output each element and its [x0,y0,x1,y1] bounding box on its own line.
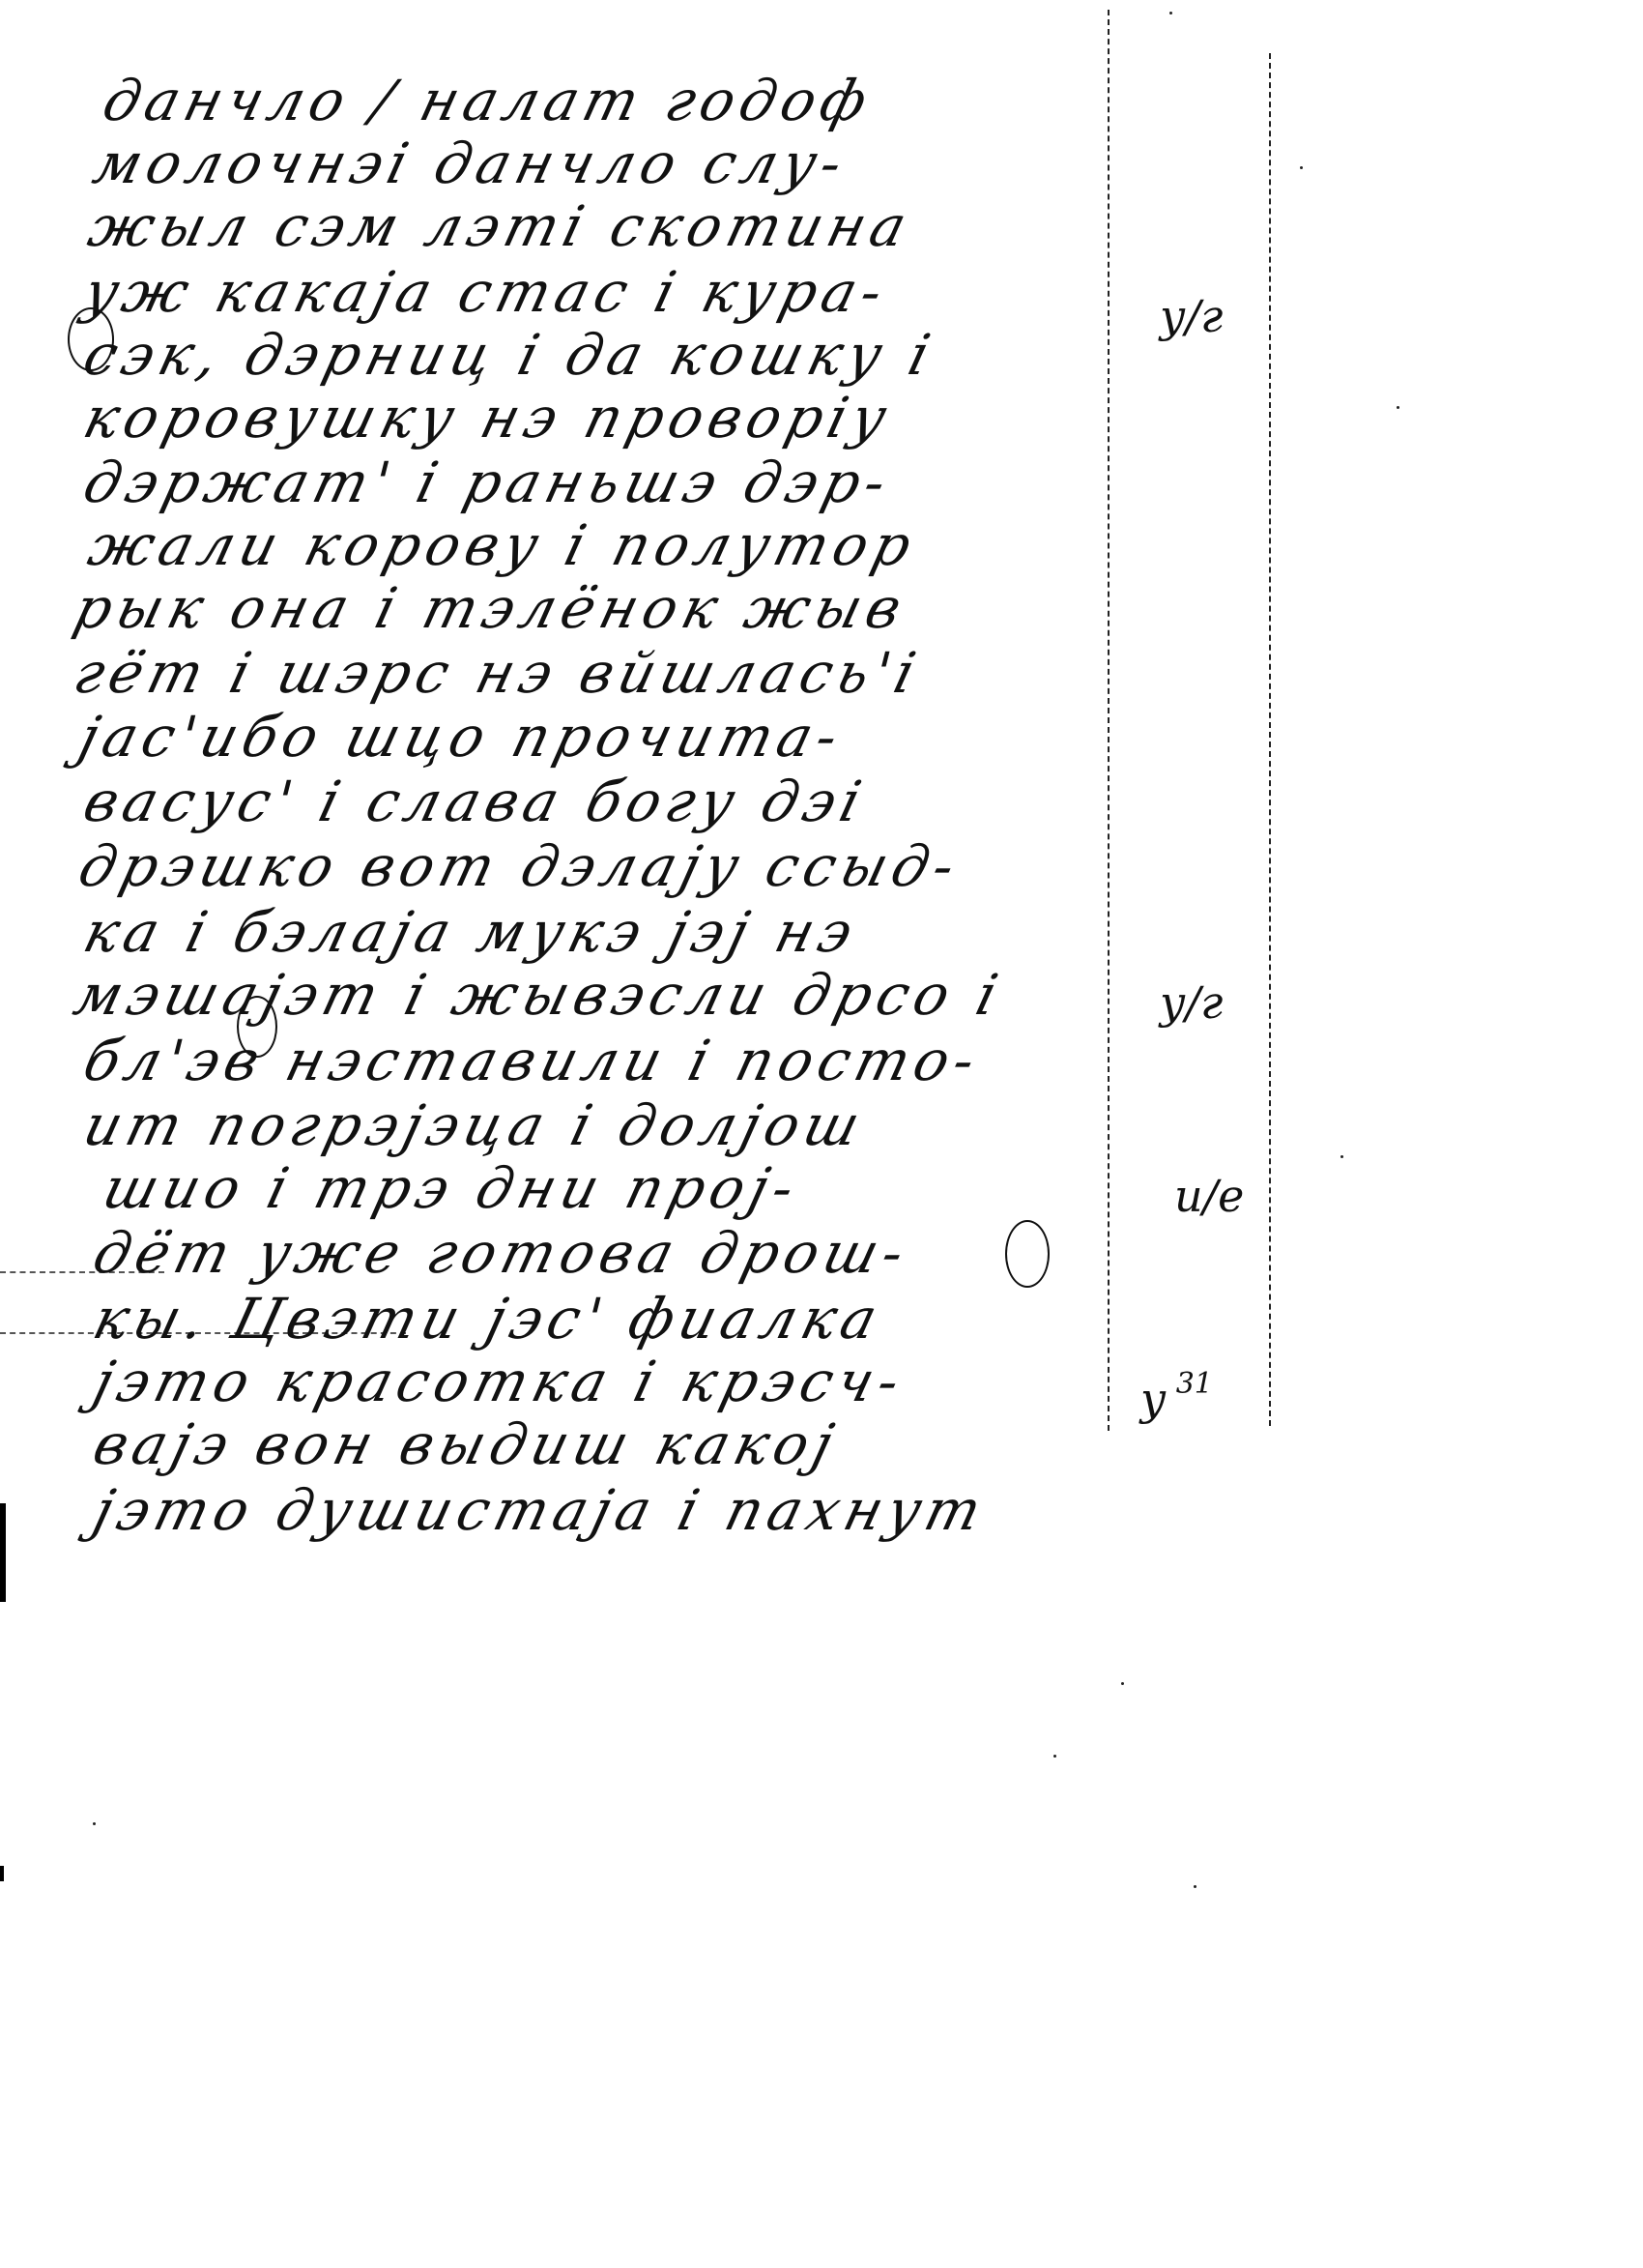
scan-edge-bar [0,1503,6,1602]
text-line: данчло / налат годоф [97,68,879,133]
text-line: дэржат' і раньшэ дэр- [77,450,899,515]
text-line: дёт уже готова дрош- [87,1220,916,1286]
text-line: рык она і тэлёнок жыв [68,575,913,641]
circled-correction-mark [68,307,114,371]
text-line: жыл сэм лэті скотина [82,193,919,259]
text-line: дрэшко вот дэлају ссыд- [72,833,967,899]
margin-rule-inner [1108,10,1110,1431]
text-line: жали корову і полутор [82,512,924,578]
scan-speck [1053,1755,1056,1758]
text-line: бл'эв нэставили і посто- [77,1028,988,1093]
text-line: јас'ибо шцо прочита- [72,704,850,770]
text-line: шио і трэ дни прој- [97,1155,806,1221]
margin-letter: у [1140,1373,1167,1425]
text-line: мэшајэт і жывэсли дрсо і [68,962,1010,1028]
text-line: ит погрэјэца і долјош [77,1092,872,1158]
margin-rule-outer [1269,53,1271,1426]
text-line: сэк, дэрниц і да кошку і [77,322,942,388]
scanned-page: данчло / налат годоф молочнэі данчло слу… [0,0,1643,2268]
margin-note: у/г [1160,976,1223,1029]
scan-speck [1340,1155,1343,1158]
scan-speck [1300,166,1303,169]
page-number-note: у31 [1140,1373,1213,1425]
text-line: јэто красотка і крэсч- [87,1349,912,1414]
text-line: јэто душистаја і пахнут [87,1477,994,1543]
text-line: васус' і слава богу дэі [77,769,874,834]
page-number: 31 [1176,1367,1213,1401]
text-line: уж какаја стас і кура- [77,259,895,325]
text-line: коровушку нэ проворіу [77,385,899,451]
text-line: вајэ вон выдиш какој [87,1411,846,1477]
text-line: молочнэі данчло слу- [87,131,854,196]
margin-note: у/г [1160,290,1223,342]
scan-edge-mark [0,1866,4,1881]
text-line: кы. Цвэти јэс' фиалка [87,1286,889,1352]
circled-correction-mark [1005,1220,1050,1288]
scan-speck [1169,12,1172,15]
text-line: ка і бэлаја мукэ јэј нэ [77,899,865,965]
circled-correction-mark [237,996,277,1058]
text-line: гёт і шэрс нэ вйшлась'і [68,640,928,706]
scan-speck [1397,406,1399,409]
margin-note: и/е [1174,1170,1244,1222]
scan-speck [1194,1885,1196,1888]
scan-speck [1121,1682,1124,1685]
scan-speck [93,1822,96,1825]
